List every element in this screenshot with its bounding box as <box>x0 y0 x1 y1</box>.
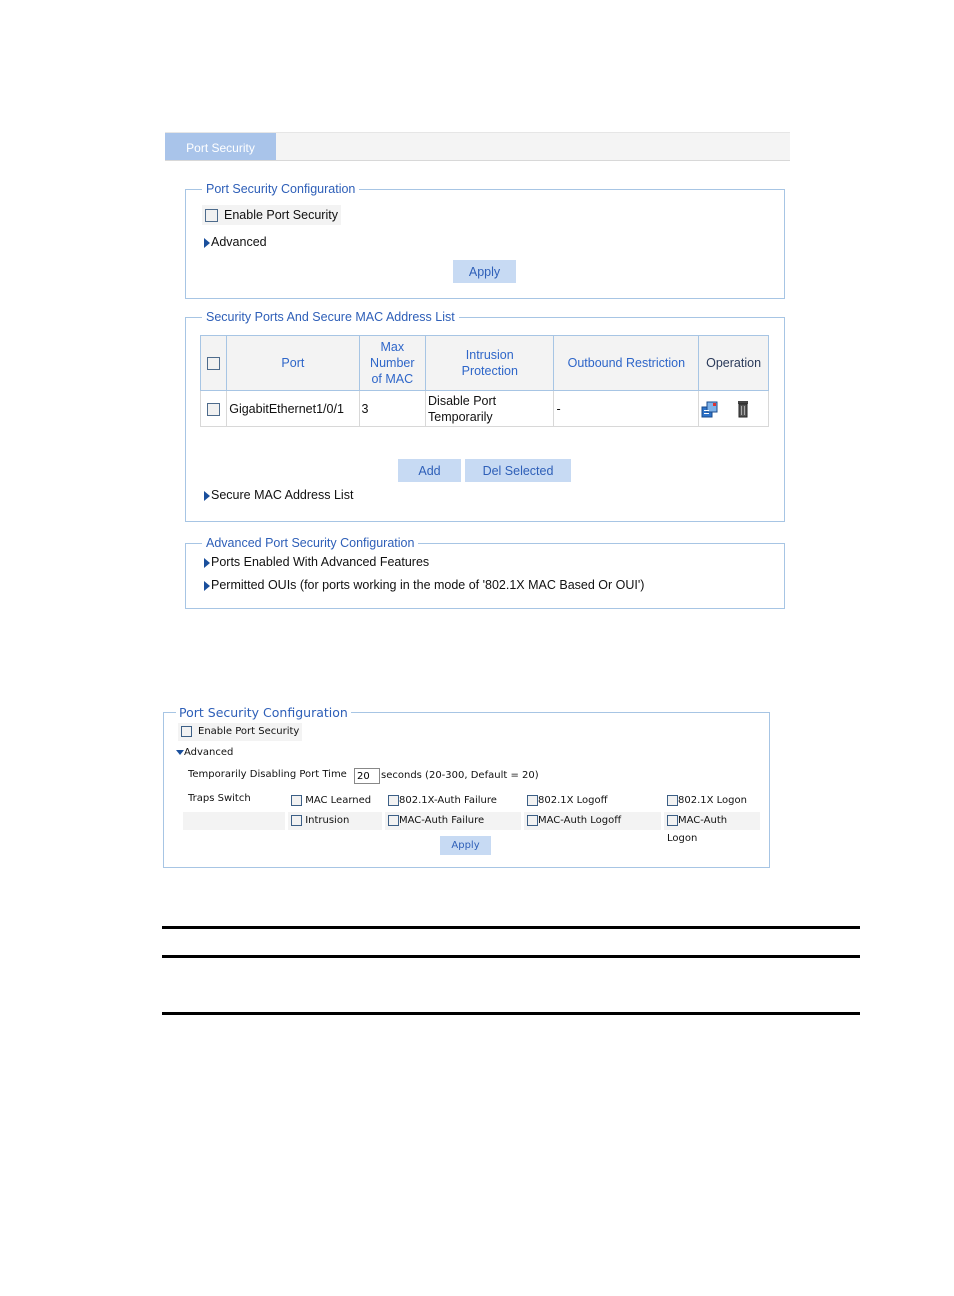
disable-time-input[interactable] <box>354 768 380 784</box>
disable-time-hint: seconds (20-300, Default = 20) <box>381 770 539 781</box>
col-max-mac[interactable]: Max Number of MAC <box>359 336 425 391</box>
trap-label: MAC Learned <box>305 795 371 806</box>
ports-advanced-features-label: Ports Enabled With Advanced Features <box>211 555 429 569</box>
advanced-label: Advanced <box>211 235 267 249</box>
permitted-ouis-label: Permitted OUIs (for ports working in the… <box>211 578 644 592</box>
table-row: GigabitEthernet1/0/1 3 Disable Port Temp… <box>201 391 769 427</box>
trap-8021x-logoff[interactable]: 802.1X Logoff <box>527 792 608 810</box>
advanced-port-security-panel: Advanced Port Security Configuration <box>185 536 785 609</box>
enable-port-security-label: Enable Port Security <box>198 726 299 737</box>
trap-checkbox[interactable] <box>388 795 399 806</box>
secure-mac-list-label: Secure MAC Address List <box>211 488 353 502</box>
panel-legend: Security Ports And Secure MAC Address Li… <box>202 310 459 324</box>
trap-checkbox[interactable] <box>291 795 302 806</box>
trap-label: MAC-Auth Logoff <box>538 815 621 826</box>
edit-icon[interactable] <box>701 400 719 418</box>
trap-checkbox[interactable] <box>388 815 399 826</box>
collapse-arrow-icon <box>176 750 184 755</box>
table-top-rule <box>162 926 860 929</box>
select-all-checkbox[interactable] <box>207 357 220 370</box>
apply-button[interactable]: Apply <box>440 836 491 855</box>
tab-bar: Port Security <box>165 132 790 161</box>
trap-mac-auth-failure[interactable]: MAC-Auth Failure <box>385 812 521 830</box>
enable-port-security-checkbox[interactable] <box>181 726 192 737</box>
trap-intrusion[interactable]: Intrusion <box>288 812 382 830</box>
cell-operation <box>699 391 769 427</box>
trap-label: MAC-Auth Failure <box>399 815 484 826</box>
col-port[interactable]: Port <box>227 336 359 391</box>
delete-icon[interactable] <box>735 400 751 418</box>
trap-mac-auth-logoff[interactable]: MAC-Auth Logoff <box>524 812 661 830</box>
del-selected-button[interactable]: Del Selected <box>465 459 571 482</box>
advanced-toggle[interactable]: Advanced <box>176 747 233 758</box>
trap-checkbox[interactable] <box>527 815 538 826</box>
expand-arrow-icon <box>204 238 210 248</box>
panel-legend: Advanced Port Security Configuration <box>202 536 418 550</box>
trap-mac-auth-logon[interactable]: MAC-Auth Logon <box>664 812 760 830</box>
table-bottom-rule <box>162 1012 860 1015</box>
enable-port-security-row: Enable Port Security <box>178 723 302 741</box>
advanced-toggle[interactable]: Advanced <box>204 235 267 249</box>
col-intrusion[interactable]: Intrusion Protection <box>426 336 554 391</box>
enable-port-security-row: Enable Port Security <box>202 205 341 225</box>
expand-arrow-icon <box>204 491 210 501</box>
advanced-label: Advanced <box>184 747 233 758</box>
permitted-ouis-toggle[interactable]: Permitted OUIs (for ports working in the… <box>204 578 644 592</box>
trap-checkbox[interactable] <box>667 815 678 826</box>
trap-label: 802.1X Logon <box>678 795 747 806</box>
ports-advanced-features-toggle[interactable]: Ports Enabled With Advanced Features <box>204 555 429 569</box>
trap-checkbox[interactable] <box>291 815 302 826</box>
trap-8021x-logon[interactable]: 802.1X Logon <box>667 792 747 810</box>
panel-legend: Port Security Configuration <box>176 705 351 720</box>
trap-checkbox[interactable] <box>667 795 678 806</box>
cell-intrusion: Disable Port Temporarily <box>426 391 554 427</box>
trap-checkbox[interactable] <box>527 795 538 806</box>
row-checkbox[interactable] <box>207 403 220 416</box>
secure-mac-list-toggle[interactable]: Secure MAC Address List <box>204 488 353 502</box>
ports-table: Port Max Number of MAC Intrusion Protect… <box>200 335 769 427</box>
trap-label: 802.1X Logoff <box>538 795 608 806</box>
cell-max-mac: 3 <box>359 391 425 427</box>
trap-mac-learned[interactable]: MAC Learned <box>291 792 371 810</box>
expand-arrow-icon <box>204 581 210 591</box>
trap-label: Intrusion <box>305 815 349 826</box>
table-header-rule <box>162 955 860 958</box>
tab-port-security[interactable]: Port Security <box>165 133 276 160</box>
add-button[interactable]: Add <box>398 459 461 482</box>
traps-blank-cell <box>183 812 285 830</box>
panel-legend: Port Security Configuration <box>202 182 359 196</box>
col-operation: Operation <box>699 336 769 391</box>
cell-outbound: - <box>554 391 699 427</box>
enable-port-security-label: Enable Port Security <box>224 208 338 222</box>
trap-8021x-auth-failure[interactable]: 802.1X-Auth Failure <box>388 792 497 810</box>
disable-time-label: Temporarily Disabling Port Time <box>188 769 347 780</box>
cell-port: GigabitEthernet1/0/1 <box>227 391 359 427</box>
select-all-cell <box>201 336 227 391</box>
expand-arrow-icon <box>204 558 210 568</box>
apply-button[interactable]: Apply <box>453 260 516 283</box>
trap-label: 802.1X-Auth Failure <box>399 795 497 806</box>
enable-port-security-checkbox[interactable] <box>205 209 218 222</box>
traps-switch-label: Traps Switch <box>188 793 251 804</box>
col-outbound[interactable]: Outbound Restriction <box>554 336 699 391</box>
